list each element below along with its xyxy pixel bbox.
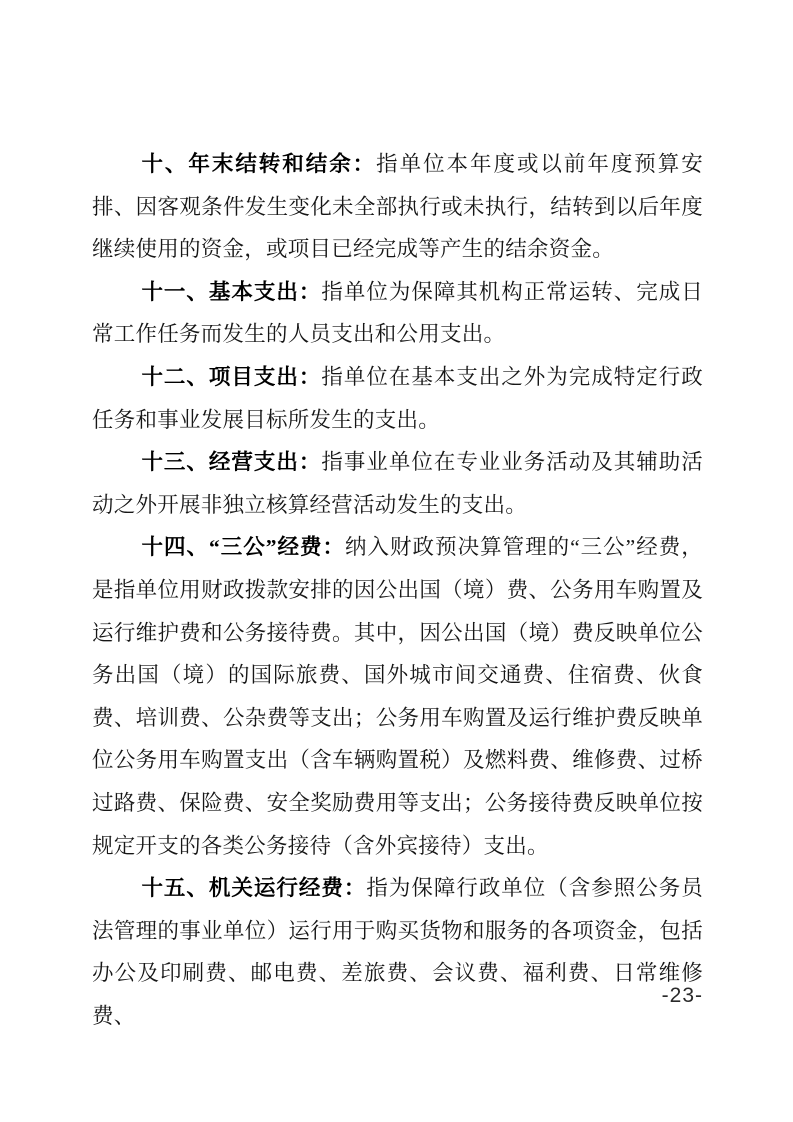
definition-paragraph: 十三、经营支出：指事业单位在专业业务活动及其辅助活动之外开展非独立核算经营活动发… <box>92 441 703 526</box>
term-heading: 十二、项目支出： <box>141 365 321 389</box>
definition-text: 纳入财政预决算管理的“三公”经费，是指单位用财政拨款安排的因公出国（境）费、公务… <box>92 535 703 857</box>
term-heading: 十、年末结转和结余： <box>141 152 376 176</box>
term-heading: 十三、经营支出： <box>141 450 321 474</box>
definition-paragraph: 十二、项目支出：指单位在基本支出之外为完成特定行政任务和事业发展目标所发生的支出… <box>92 356 703 441</box>
definition-paragraph: 十四、“三公”经费：纳入财政预决算管理的“三公”经费，是指单位用财政拨款安排的因… <box>92 526 703 867</box>
term-heading: 十四、“三公”经费： <box>141 535 345 559</box>
page-number: -23- <box>92 984 703 1008</box>
definition-paragraph: 十一、基本支出：指单位为保障其机构正常运转、完成日常工作任务而发生的人员支出和公… <box>92 271 703 356</box>
term-heading: 十一、基本支出： <box>141 280 321 304</box>
document-page: 十、年末结转和结余：指单位本年度或以前年度预算安排、因客观条件发生变化未全部执行… <box>0 0 793 1122</box>
term-heading: 十五、机关运行经费： <box>141 876 366 900</box>
definition-paragraph: 十五、机关运行经费：指为保障行政单位（含参照公务员法管理的事业单位）运行用于购买… <box>92 867 703 1037</box>
definition-paragraph: 十、年末结转和结余：指单位本年度或以前年度预算安排、因客观条件发生变化未全部执行… <box>92 143 703 271</box>
document-body: 十、年末结转和结余：指单位本年度或以前年度预算安排、因客观条件发生变化未全部执行… <box>92 143 703 1037</box>
